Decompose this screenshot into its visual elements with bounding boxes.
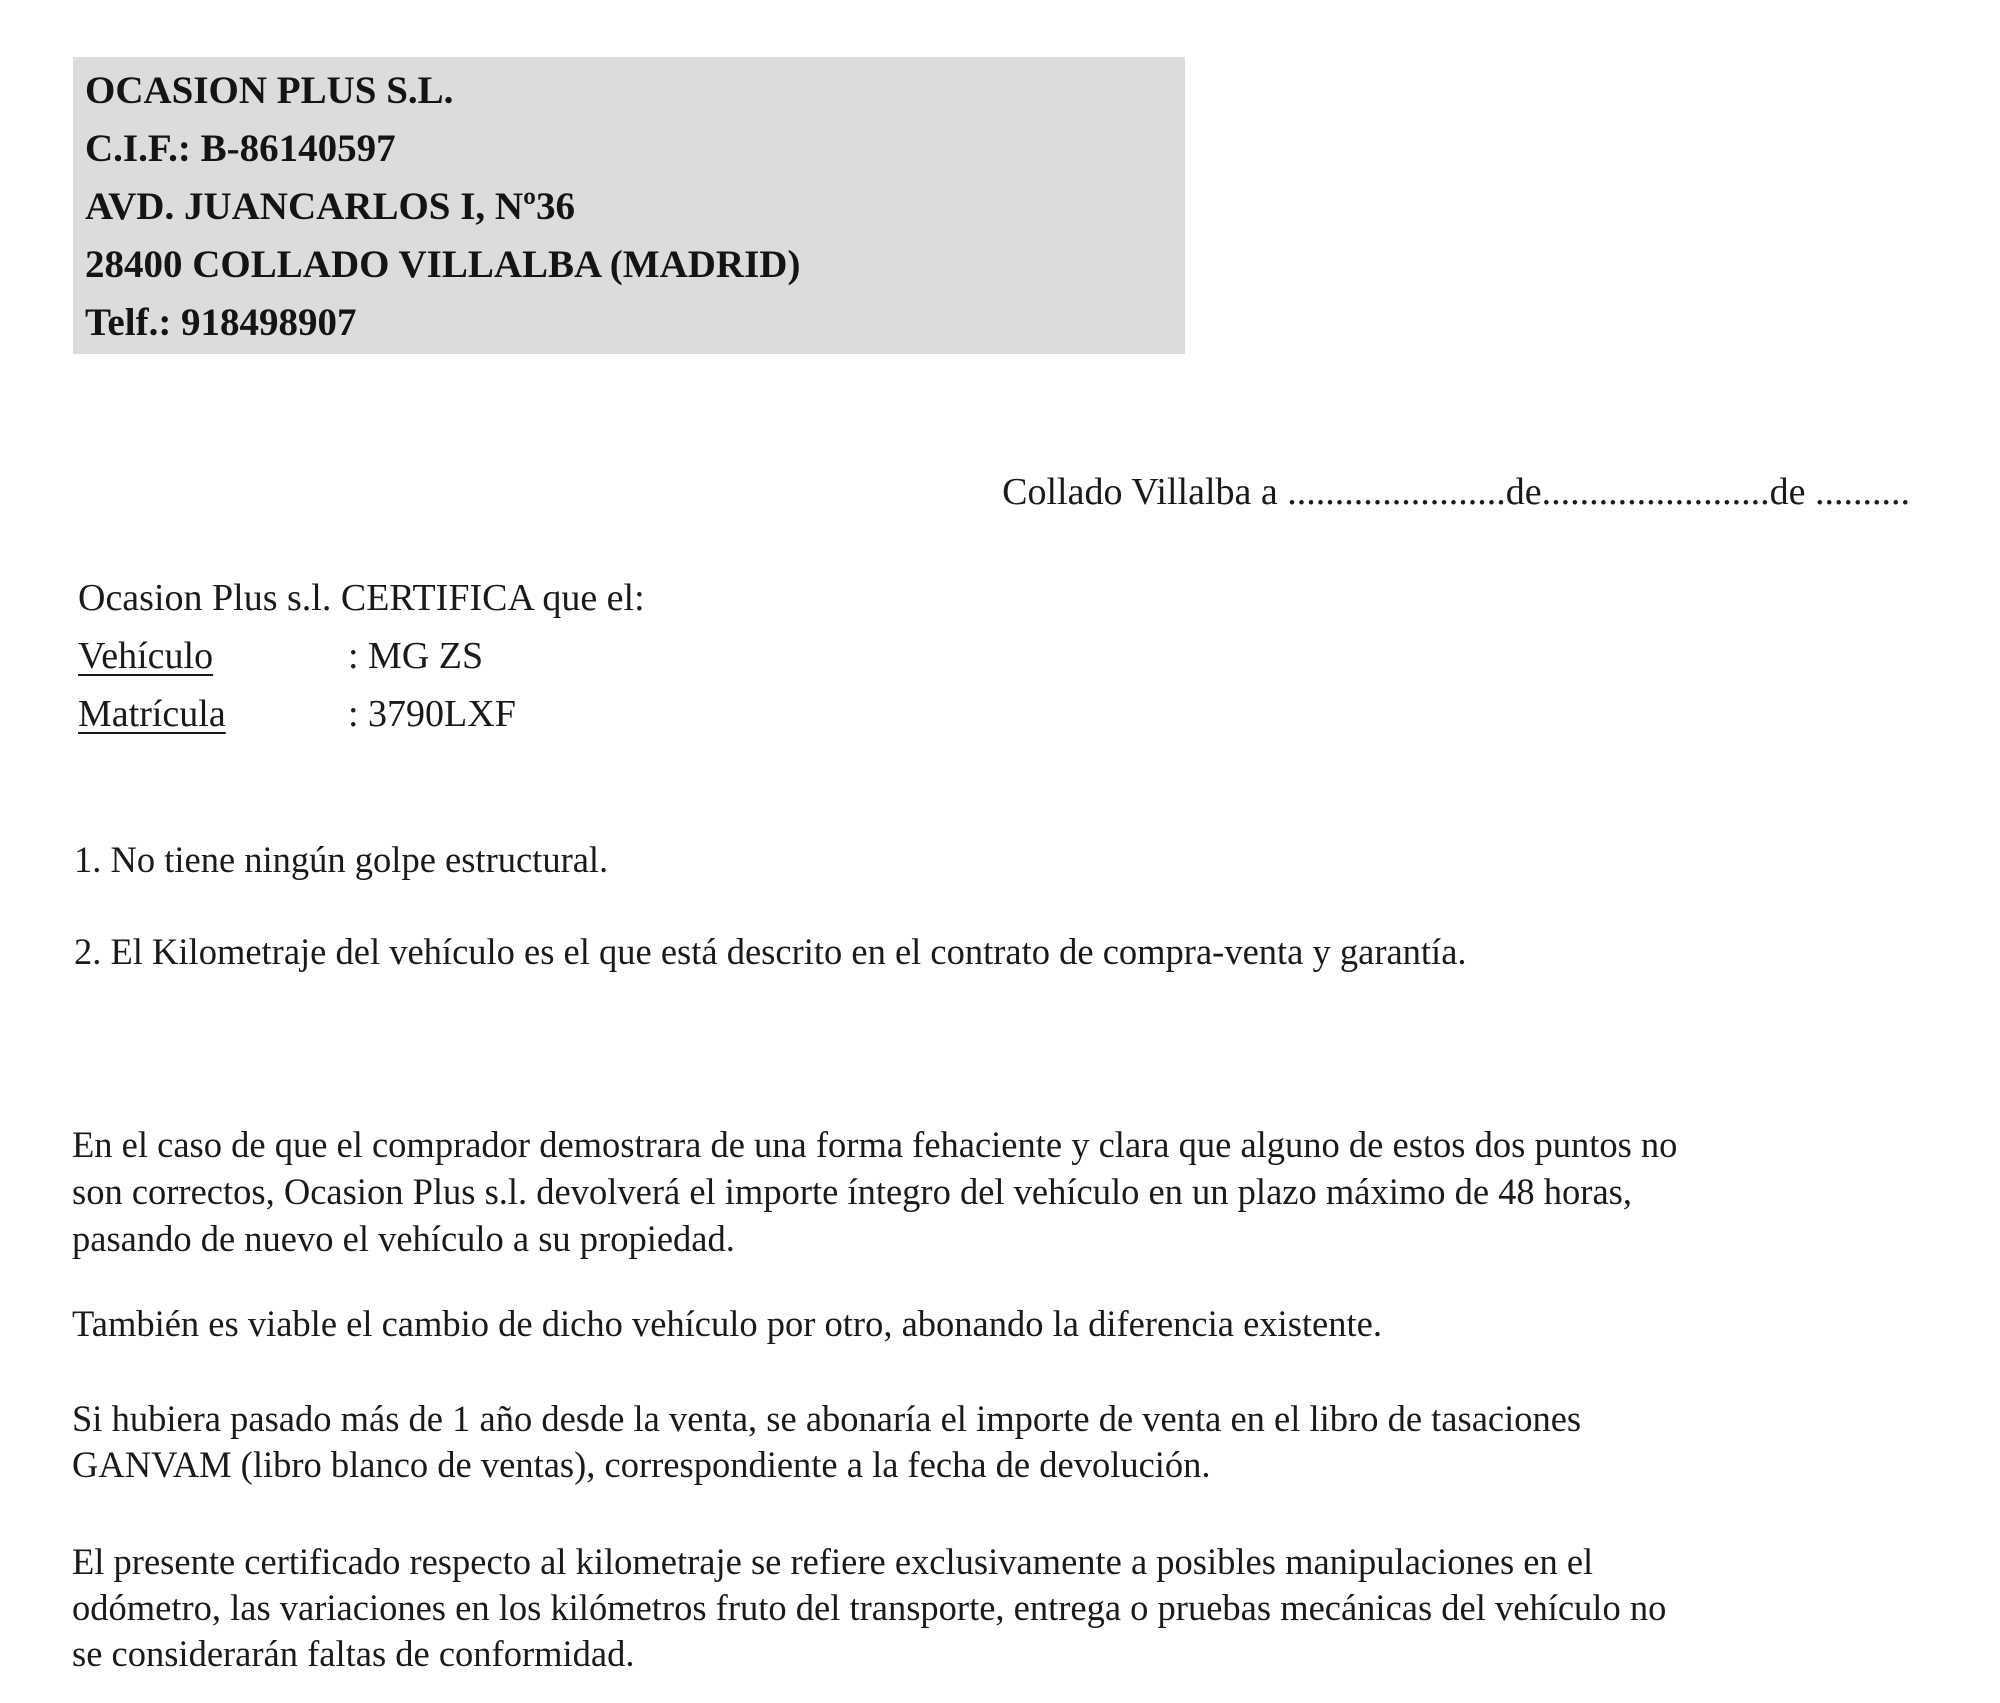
company-address: AVD. JUANCARLOS I, Nº36	[85, 185, 575, 229]
paragraph-line: pasando de nuevo el vehículo a su propie…	[72, 1217, 735, 1261]
paragraph-line: odómetro, las variaciones en los kilómet…	[72, 1586, 1666, 1630]
paragraph-line: son correctos, Ocasion Plus s.l. devolve…	[72, 1170, 1632, 1214]
paragraph-line: GANVAM (libro blanco de ventas), corresp…	[72, 1443, 1211, 1487]
company-city: 28400 COLLADO VILLALBA (MADRID)	[85, 243, 800, 287]
company-name: OCASION PLUS S.L.	[85, 69, 453, 113]
plate-value: : 3790LXF	[348, 692, 516, 736]
place-date-line: Collado Villalba a .....................…	[1002, 470, 1910, 514]
point-1: 1. No tiene ningún golpe estructural.	[74, 838, 608, 882]
plate-field: Matrícula : 3790LXF	[78, 692, 678, 736]
paragraph-line: se considerarán faltas de conformidad.	[72, 1632, 634, 1676]
paragraph-line: También es viable el cambio de dicho veh…	[72, 1302, 1382, 1346]
paragraph-line: En el caso de que el comprador demostrar…	[72, 1123, 1677, 1167]
company-cif: C.I.F.: B-86140597	[85, 127, 396, 171]
point-2: 2. El Kilometraje del vehículo es el que…	[74, 930, 1467, 974]
vehicle-label: Vehículo	[78, 635, 213, 677]
paragraph-line: Si hubiera pasado más de 1 año desde la …	[72, 1397, 1581, 1441]
paragraph-line: El presente certificado respecto al kilo…	[72, 1540, 1593, 1584]
company-header-box: OCASION PLUS S.L. C.I.F.: B-86140597 AVD…	[73, 57, 1185, 354]
company-phone: Telf.: 918498907	[85, 301, 357, 345]
vehicle-value: : MG ZS	[348, 634, 483, 678]
vehicle-field: Vehículo : MG ZS	[78, 634, 678, 678]
plate-label: Matrícula	[78, 693, 226, 735]
certificate-intro: Ocasion Plus s.l. CERTIFICA que el:	[78, 576, 645, 620]
